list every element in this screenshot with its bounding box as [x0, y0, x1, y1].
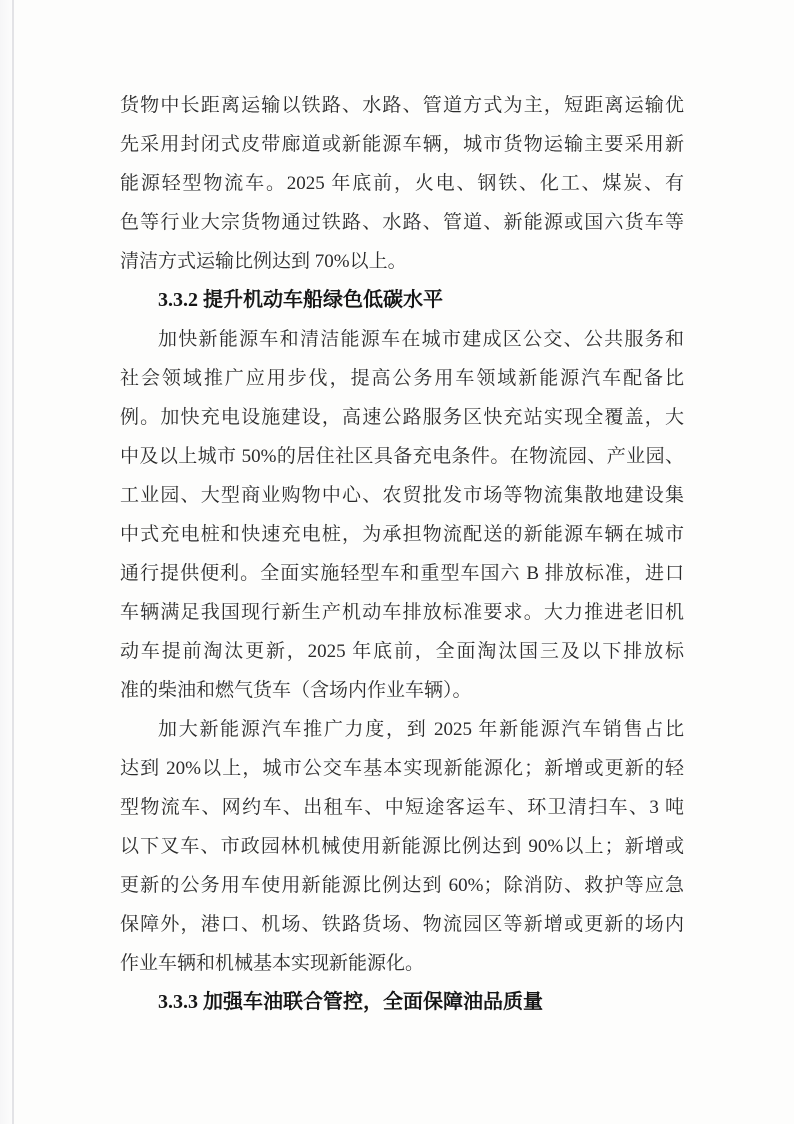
document-page: 货物中长距离运输以铁路、水路、管道方式为主，短距离运输优先采用封闭式皮带廊道或新…: [0, 0, 794, 1124]
text-line: 作业车辆和机械基本实现新能源化。: [120, 944, 684, 983]
text-line: 以下叉车、市政园林机械使用新能源比例达到 90%以上；新增或: [120, 827, 684, 866]
text-line: 色等行业大宗货物通过铁路、水路、管道、新能源或国六货车等: [120, 203, 684, 242]
section-heading: 3.3.2 提升机动车船绿色低碳水平: [120, 281, 684, 320]
text-line: 货物中长距离运输以铁路、水路、管道方式为主，短距离运输优: [120, 86, 684, 125]
text-line: 工业园、大型商业购物中心、农贸批发市场等物流集散地建设集: [120, 476, 684, 515]
scan-edge-strip: [0, 0, 12, 1124]
text-block: 货物中长距离运输以铁路、水路、管道方式为主，短距离运输优先采用封闭式皮带廊道或新…: [120, 86, 684, 1022]
text-line: 中式充电桩和快速充电桩，为承担物流配送的新能源车辆在城市: [120, 515, 684, 554]
text-line: 中及以上城市 50%的居住社区具备充电条件。在物流园、产业园、: [120, 437, 684, 476]
text-line: 清洁方式运输比例达到 70%以上。: [120, 242, 684, 281]
text-line: 先采用封闭式皮带廊道或新能源车辆，城市货物运输主要采用新: [120, 125, 684, 164]
text-line: 车辆满足我国现行新生产机动车排放标准要求。大力推进老旧机: [120, 593, 684, 632]
text-line: 加大新能源汽车推广力度，到 2025 年新能源汽车销售占比: [120, 710, 684, 749]
text-line: 通行提供便利。全面实施轻型车和重型车国六 B 排放标准，进口: [120, 554, 684, 593]
text-line: 例。加快充电设施建设，高速公路服务区快充站实现全覆盖，大: [120, 398, 684, 437]
text-line: 加快新能源车和清洁能源车在城市建成区公交、公共服务和: [120, 320, 684, 359]
text-line: 型物流车、网约车、出租车、中短途客运车、环卫清扫车、3 吨: [120, 788, 684, 827]
text-line: 动车提前淘汰更新，2025 年底前，全面淘汰国三及以下排放标: [120, 632, 684, 671]
section-heading: 3.3.3 加强车油联合管控，全面保障油品质量: [120, 983, 684, 1022]
text-line: 达到 20%以上，城市公交车基本实现新能源化；新增或更新的轻: [120, 749, 684, 788]
scan-edge-line: [12, 0, 14, 1124]
text-line: 准的柴油和燃气货车（含场内作业车辆）。: [120, 671, 684, 710]
text-line: 更新的公务用车使用新能源比例达到 60%；除消防、救护等应急: [120, 866, 684, 905]
text-line: 保障外，港口、机场、铁路货场、物流园区等新增或更新的场内: [120, 905, 684, 944]
text-line: 社会领域推广应用步伐，提高公务用车领域新能源汽车配备比: [120, 359, 684, 398]
text-line: 能源轻型物流车。2025 年底前，火电、钢铁、化工、煤炭、有: [120, 164, 684, 203]
